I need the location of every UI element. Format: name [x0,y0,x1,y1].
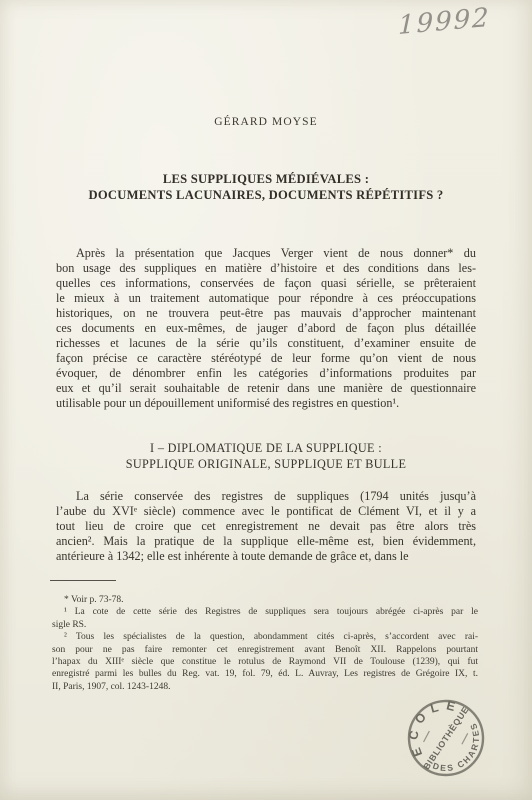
footnotes: * Voir p. 73-78. ¹ La cote de cette séri… [52,594,478,693]
text-line: Après la présentation que Jacques Verger… [56,246,476,261]
text-line: sigle RS. [52,619,478,631]
article-title: LES SUPPLIQUES MÉDIÉVALES :DOCUMENTS LAC… [46,172,486,203]
text-line: SUPPLIQUE ORIGINALE, SUPPLIQUE ET BULLE [56,457,476,473]
footnote-star: * Voir p. 73-78. [52,594,478,606]
text-line: I – DIPLOMATIQUE DE LA SUPPLIQUE : [56,441,476,457]
stamp-dash-upper [421,731,431,742]
footnote-1: ¹ La cote de cette série des Registres d… [52,606,478,631]
text-line: DOCUMENTS LACUNAIRES, DOCUMENTS RÉPÉTITI… [46,188,486,204]
text-line: LES SUPPLIQUES MÉDIÉVALES : [46,172,486,188]
stamp-dash-lower [460,733,470,744]
library-stamp-icon: ECOLE DES CHARTES BIBLIOTHÈQUE [388,680,504,796]
text-line: évoquer, de dénombrer enfin les catégori… [56,366,476,381]
text-line: enregistré parmi les bulles du Reg. vat.… [52,668,478,680]
author-name: GÉRARD MOYSE [56,116,476,128]
text-line: l’hapax du XIIIᵉ siècle que constitue le… [52,656,478,668]
text-line: façon précise ce caractère stéréotypé de… [56,351,476,366]
text-line: ² Tous les spécialistes de la question, … [52,631,478,643]
text-line: eux et qu’il serait souhaitable de reten… [56,381,476,396]
text-line: ces documents en eux-mêmes, de jauger d’… [56,321,476,336]
text-line: ¹ La cote de cette série des Registres d… [52,606,478,618]
footnote-separator [50,580,116,581]
scanned-article-page: 19992 GÉRARD MOYSE LES SUPPLIQUES MÉDIÉV… [0,0,532,800]
text-line: l’aube du XVIᵉ siècle) commence avec le … [56,504,476,519]
text-line: * Voir p. 73-78. [52,594,478,606]
paragraph-intro: Après la présentation que Jacques Verger… [56,246,476,411]
text-line: bon usage des suppliques en matière d’hi… [56,261,476,276]
text-line: antérieure à 1342; elle est inhérente à … [56,549,476,564]
handwritten-accession-number: 19992 [398,3,488,41]
text-line: La série conservée des registres de supp… [56,489,476,504]
text-line: son pour ne pas faire remonter cet enreg… [52,644,478,656]
text-line: le mieux à un traitement automatique pou… [56,291,476,306]
text-line: utilisable pour un dépouillement uniform… [56,396,476,411]
paragraph-series: La série conservée des registres de supp… [56,489,476,564]
section-heading: I – DIPLOMATIQUE DE LA SUPPLIQUE :SUPPLI… [56,441,476,472]
text-line: richesses et lacunes de la série qu’ils … [56,336,476,351]
text-line: quelles ces informations, conservées de … [56,276,476,291]
text-line: historiques, on ne trouvera peut-être pa… [56,306,476,321]
text-line: tout lieu de croire que cet enregistreme… [56,519,476,534]
text-line: ancien². Mais la pratique de la suppliqu… [56,534,476,549]
